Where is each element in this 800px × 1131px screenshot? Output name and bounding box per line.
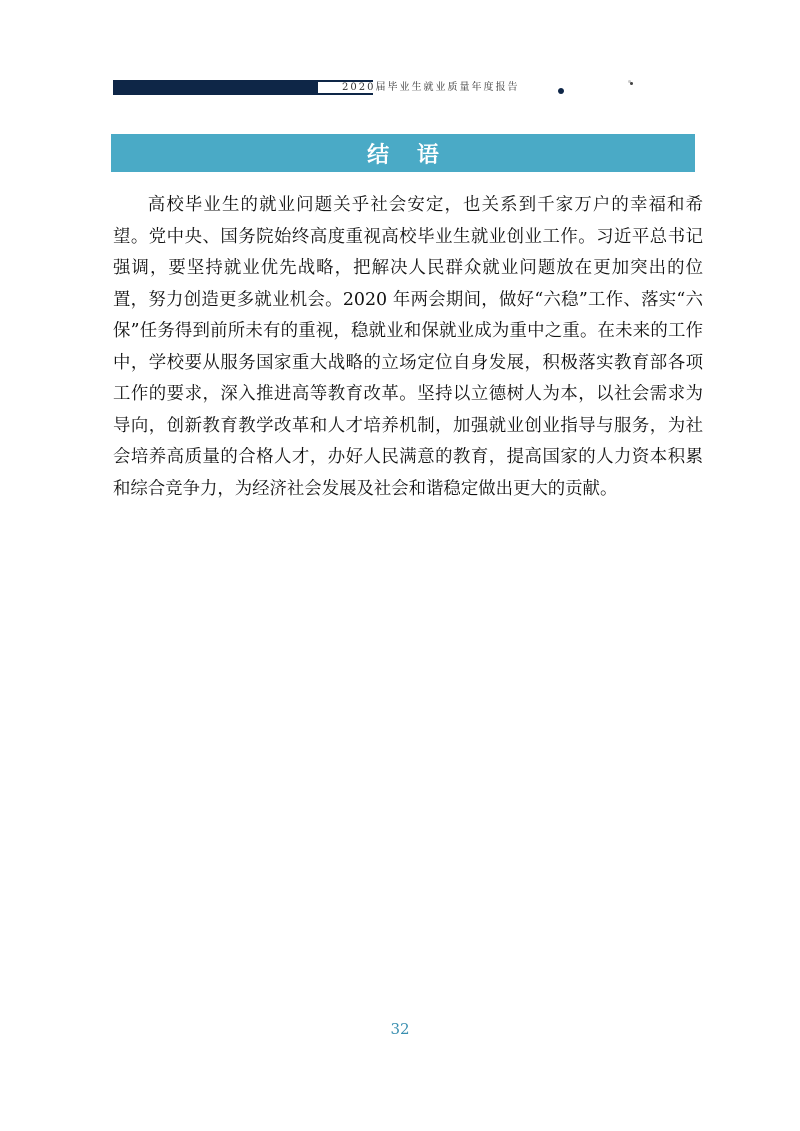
decorative-dot-small [630,82,633,85]
header-bar [113,80,318,95]
conclusion-paragraph: 高校毕业生的就业问题关乎社会安定，也关系到千家万户的幸福和希望。党中央、国务院始… [113,190,703,505]
report-title: 2020届毕业生就业质量年度报告 [342,80,519,95]
section-banner: 结 语 [111,134,695,172]
decorative-dot [558,88,564,94]
section-title: 结 语 [357,138,449,169]
page-number: 32 [0,1020,800,1038]
